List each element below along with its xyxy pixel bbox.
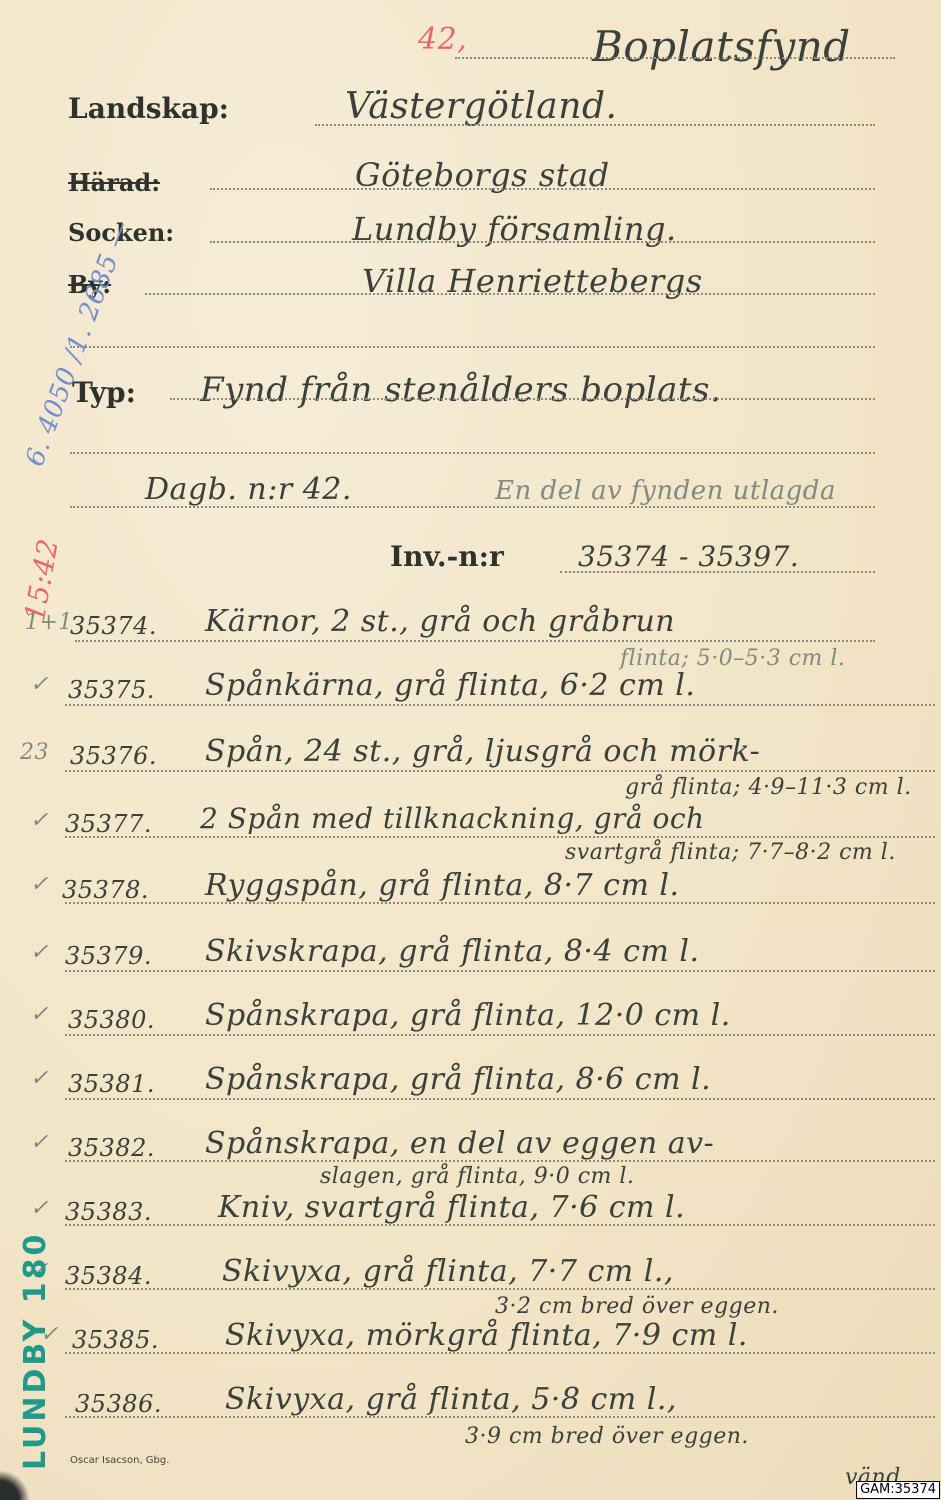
field-line xyxy=(315,124,875,126)
pencil-note: En del av fynden utlagda xyxy=(495,476,836,506)
check-mark: ✓ xyxy=(30,808,49,833)
field-line xyxy=(145,293,875,295)
check-mark: ✓ xyxy=(30,940,49,965)
entry-line xyxy=(65,1034,935,1036)
entry-line xyxy=(65,970,935,972)
entry-number: 35378. xyxy=(62,876,149,904)
entry-number: 35386. xyxy=(75,1390,162,1418)
entry-text: 2 Spån med tillknackning, grå och xyxy=(200,802,705,835)
entry-text: Spån, 24 st., grå, ljusgrå och mörk- xyxy=(205,734,760,769)
entry-number: 35385. xyxy=(72,1326,159,1354)
entry-line xyxy=(65,902,935,904)
entry-text: Skivyxa, grå flinta, 7·7 cm l., xyxy=(222,1254,674,1289)
check-mark: ✓ xyxy=(30,672,49,697)
blank-line xyxy=(70,452,875,454)
entry-text: Spånskrapa, en del av eggen av- xyxy=(205,1126,714,1161)
check-mark: ✓ xyxy=(30,872,49,897)
entry-number: 35377. xyxy=(65,810,152,838)
type-label: Typ: xyxy=(72,376,136,409)
top-red-number: 42, xyxy=(418,22,467,57)
scan-shadow xyxy=(0,1470,30,1500)
category-title: Boplatsfynd xyxy=(592,22,851,71)
inv-label: Inv.-n:r xyxy=(390,540,504,573)
note-line xyxy=(70,506,875,508)
entry-line xyxy=(75,640,875,642)
margin-blue-note: 6. 4050 /1. 2685 — xyxy=(20,217,137,470)
printer-credit: Oscar Isacson, Gbg. xyxy=(70,1455,169,1466)
entry-number: 35375. xyxy=(68,676,155,704)
entry-line xyxy=(65,1224,935,1226)
entry-continuation: 3·2 cm bred över eggen. xyxy=(495,1294,779,1319)
entry-line xyxy=(65,770,935,772)
entry-continuation: slagen, grå flinta, 9·0 cm l. xyxy=(320,1164,634,1189)
check-mark: 23 xyxy=(20,740,49,765)
entry-number: 35381. xyxy=(68,1070,155,1098)
entry-continuation: 3·9 cm bred över eggen. xyxy=(465,1424,749,1449)
check-mark: ✓ xyxy=(30,1002,49,1027)
entry-number: 35374. xyxy=(70,612,157,640)
lundby-stamp: LUNDBY 180 xyxy=(18,1232,53,1470)
type-line xyxy=(170,398,875,400)
category-line xyxy=(455,57,895,59)
type-value: Fynd från stenålders boplats. xyxy=(200,370,721,410)
entry-number: 35384. xyxy=(65,1262,152,1290)
entry-continuation: svartgrå flinta; 7·7–8·2 cm l. xyxy=(565,840,896,865)
entry-line xyxy=(65,1416,935,1418)
catalog-id-label: GAM:35374 xyxy=(856,1481,940,1499)
field-line xyxy=(210,241,875,243)
field-value-landskap: Västergötland. xyxy=(345,86,617,127)
entry-line xyxy=(65,1098,935,1100)
entry-text: Skivyxa, grå flinta, 5·8 cm l., xyxy=(225,1382,677,1417)
entry-number: 35382. xyxy=(68,1134,155,1162)
entry-text: Ryggspån, grå flinta, 8·7 cm l. xyxy=(205,868,680,903)
catalog-card: 42, Boplatsfynd Landskap: Västergötland.… xyxy=(0,0,941,1500)
entry-text: Kärnor, 2 st., grå och gråbrun xyxy=(205,604,675,639)
entry-line xyxy=(65,704,935,706)
field-label-harad: Härad: xyxy=(68,168,160,197)
entry-text: Skivyxa, mörkgrå flinta, 7·9 cm l. xyxy=(225,1318,748,1353)
diary-note: Dagb. n:r 42. xyxy=(145,472,352,507)
entry-text: Spånskrapa, grå flinta, 8·6 cm l. xyxy=(205,1062,711,1097)
entry-number: 35380. xyxy=(68,1006,155,1034)
check-mark: ✓ xyxy=(30,1130,49,1155)
entry-number: 35383. xyxy=(65,1198,152,1226)
inv-line xyxy=(560,571,875,573)
field-label-landskap: Landskap: xyxy=(68,92,229,125)
check-mark: ✓ xyxy=(30,1066,49,1091)
entry-text: Spånskrapa, grå flinta, 12·0 cm l. xyxy=(205,998,731,1033)
entry-line xyxy=(65,836,935,838)
entry-text: Spånkärna, grå flinta, 6·2 cm l. xyxy=(205,668,695,703)
check-mark: ✓ xyxy=(30,1196,49,1221)
entry-line xyxy=(65,1352,935,1354)
blank-line xyxy=(70,346,875,348)
entry-continuation: grå flinta; 4·9–11·3 cm l. xyxy=(625,775,912,800)
entry-line xyxy=(65,1288,935,1290)
entry-text: Skivskrapa, grå flinta, 8·4 cm l. xyxy=(205,934,700,969)
entry-text: Kniv, svartgrå flinta, 7·6 cm l. xyxy=(218,1190,685,1225)
field-line xyxy=(210,188,875,190)
inv-range: 35374 - 35397. xyxy=(578,540,799,573)
entry-number: 35376. xyxy=(70,742,157,770)
entry-number: 35379. xyxy=(65,942,152,970)
entry-line xyxy=(65,1160,935,1162)
